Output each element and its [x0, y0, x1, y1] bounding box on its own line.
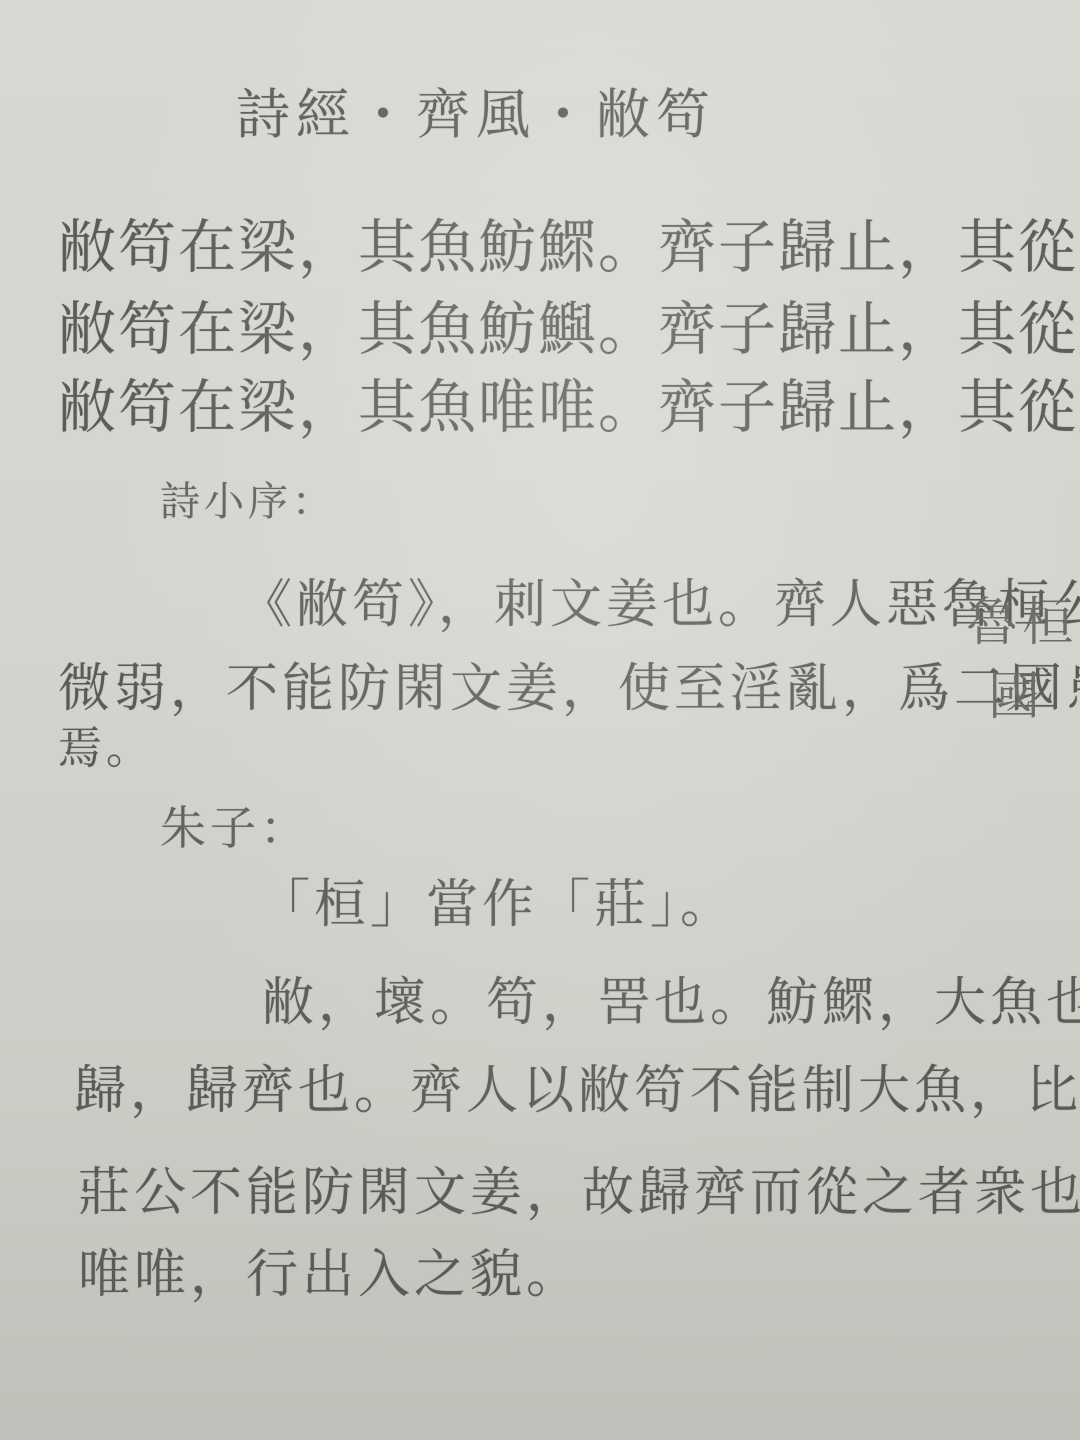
poem-line-2: 敝笱在梁，其魚魴鱮。齊子歸止，其從如雨。 [58, 282, 1080, 366]
handwritten-page: 詩經・齊風・敝笱 敝笱在梁，其魚魴鰥。齊子歸止，其從如雲。 敝笱在梁，其魚魴鱮。… [0, 0, 1080, 1440]
document-title: 詩經・齊風・敝笱 [236, 72, 716, 149]
margin-correction-lu-huan: 魯桓 [966, 580, 1078, 655]
preface-line-3: 焉。 [58, 712, 154, 776]
poem-line-1: 敝笱在梁，其魚魴鰥。齊子歸止，其從如雲。 [58, 200, 1080, 284]
zhuzi-line-4: 莊公不能防閑文姜，故歸齊而從之者衆也。 [78, 1150, 1080, 1225]
margin-correction-guo: 國 [988, 654, 1044, 729]
zhuzi-line-3: 歸，歸齊也。齊人以敝笱不能制大魚，比魯 [74, 1048, 1080, 1123]
preface-label: 詩小序： [160, 470, 336, 527]
preface-line-1: 《敝笱》，刺文姜也。齊人惡魯桓公 [240, 562, 1080, 637]
zhuzi-line-2: 敝，壞。笱，罟也。魴鰥，大魚也。 [262, 960, 1080, 1035]
preface-line-2: 微弱，不能防閑文姜，使至淫亂，爲二國患 [58, 646, 1080, 721]
zhuzi-line-1: 「桓」當作「莊」。 [258, 862, 736, 937]
zhuzi-label: 朱子： [160, 792, 310, 858]
poem-line-3: 敝笱在梁，其魚唯唯。齊子歸止，其從如水。 [58, 360, 1080, 444]
zhuzi-line-5: 唯唯，行出入之貌。 [78, 1232, 582, 1307]
